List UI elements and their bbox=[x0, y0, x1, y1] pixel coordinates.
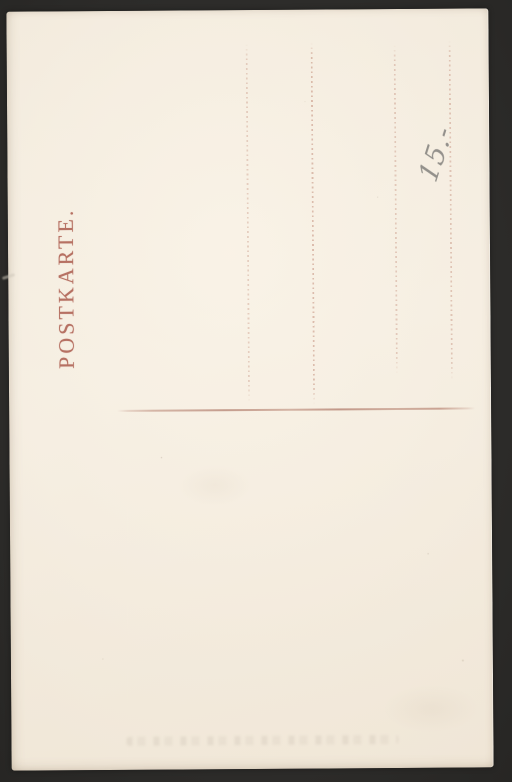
pencil-price-note-text: 15.- bbox=[414, 121, 460, 187]
address-dotted-line-3 bbox=[394, 45, 398, 375]
postkarte-label: POSTKARTE. bbox=[55, 203, 78, 373]
photo-backdrop: POSTKARTE. 15.- bbox=[0, 0, 512, 782]
postcard: POSTKARTE. 15.- bbox=[6, 8, 493, 770]
divider-line bbox=[117, 407, 475, 411]
address-dotted-line-4 bbox=[449, 41, 453, 381]
postkarte-label-text: POSTKARTE. bbox=[53, 208, 80, 369]
address-dotted-line-2 bbox=[311, 43, 316, 405]
showthrough-text-smudge bbox=[126, 735, 398, 746]
pencil-price-note: 15.- bbox=[412, 118, 461, 189]
address-dotted-line-1 bbox=[246, 44, 251, 403]
